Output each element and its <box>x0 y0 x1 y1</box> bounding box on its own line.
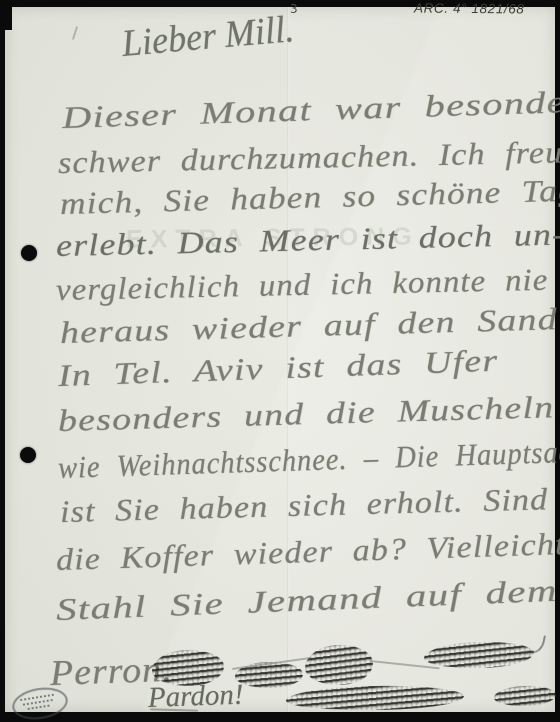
archive-shelfmark: ARC. 4° 1821/68 <box>414 1 525 17</box>
stamp-text-row <box>28 704 52 710</box>
hole-punch-bottom <box>20 447 36 463</box>
scanned-letter-page: EXTRA STRONG 3 ARC. 4° 1821/68 Lieber Mi… <box>0 0 560 722</box>
hole-punch-top <box>21 245 37 261</box>
scan-corner-shadow <box>0 0 12 30</box>
